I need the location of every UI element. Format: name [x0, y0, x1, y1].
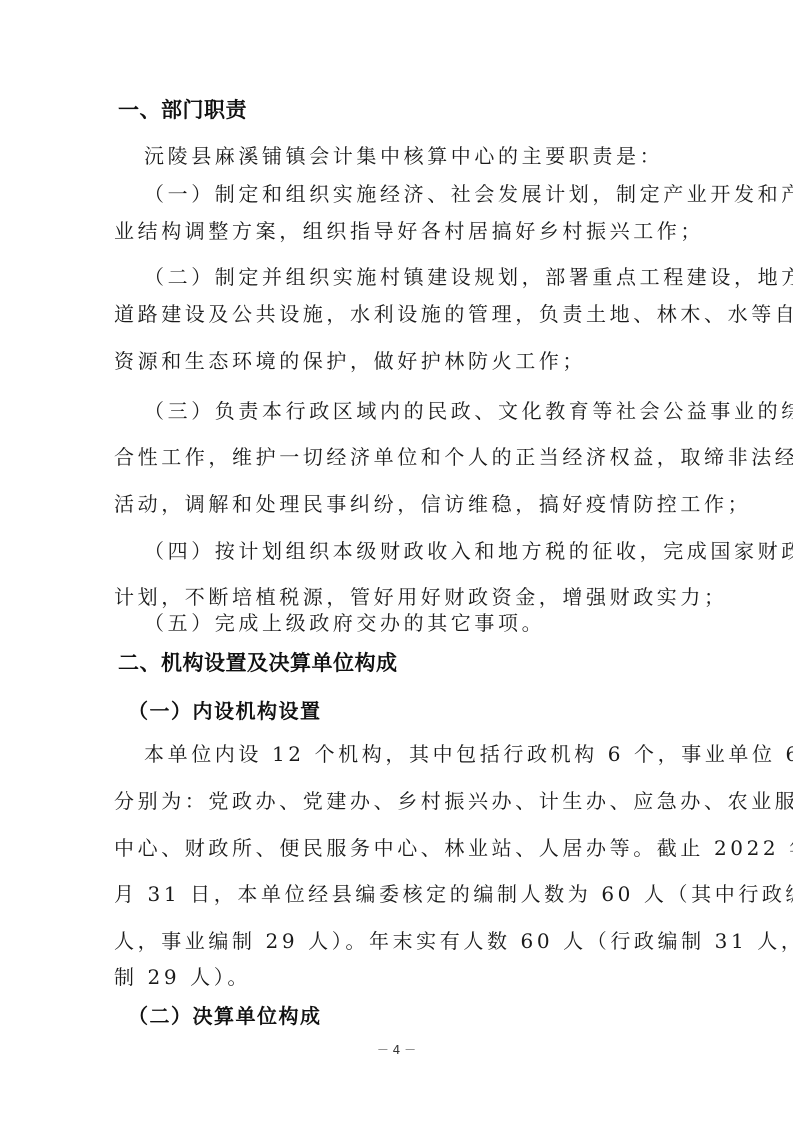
page-number: － 4 －: [0, 1041, 793, 1058]
paragraph-item-1-line-1: （一）制定和组织实施经济、社会发展计划，制定产业开发和产: [144, 182, 720, 206]
section-heading-department-duties: 一、部门职责: [118, 97, 247, 123]
paragraph-org-line-4: 月 31 日，本单位经县编委核定的编制人数为 60 人（其中行政编制 31: [114, 882, 720, 906]
paragraph-item-4-line-1: （四）按计划组织本级财政收入和地方税的征收，完成国家财政: [144, 539, 720, 563]
document-page: 一、部门职责 沅陵县麻溪铺镇会计集中核算中心的主要职责是： （一）制定和组织实施…: [0, 0, 793, 1122]
paragraph-item-1-line-2: 业结构调整方案，组织指导好各村居搞好乡村振兴工作；: [114, 219, 720, 243]
paragraph-item-3-line-1: （三）负责本行政区域内的民政、文化教育等社会公益事业的综: [144, 399, 720, 423]
paragraph-item-4-line-2: 计划，不断培植税源，管好用好财政资金，增强财政实力；: [114, 585, 720, 609]
paragraph-item-3-line-2: 合性工作，维护一切经济单位和个人的正当经济权益，取缔非法经济: [114, 445, 720, 469]
paragraph-org-line-5: 人，事业编制 29 人）。年末实有人数 60 人（行政编制 31 人，事业编: [114, 929, 720, 953]
section-heading-organization: 二、机构设置及决算单位构成: [118, 650, 398, 676]
paragraph-org-line-1: 本单位内设 12 个机构，其中包括行政机构 6 个，事业单位 6 个，: [144, 742, 720, 766]
paragraph-item-3-line-3: 活动，调解和处理民事纠纷，信访维稳，搞好疫情防控工作；: [114, 492, 720, 516]
paragraph-item-2-line-1: （二）制定并组织实施村镇建设规划，部署重点工程建设，地方: [144, 265, 720, 289]
paragraph-org-line-2: 分别为：党政办、党建办、乡村振兴办、计生办、应急办、农业服务: [114, 789, 720, 813]
paragraph-item-5-line-1: （五）完成上级政府交办的其它事项。: [144, 611, 720, 635]
subsection-heading-internal-structure: （一）内设机构设置: [128, 698, 322, 724]
paragraph-intro: 沅陵县麻溪铺镇会计集中核算中心的主要职责是：: [144, 144, 720, 168]
paragraph-item-2-line-2: 道路建设及公共设施，水利设施的管理，负责土地、林木、水等自然: [114, 302, 720, 326]
paragraph-item-2-line-3: 资源和生态环境的保护，做好护林防火工作；: [114, 349, 720, 373]
paragraph-org-line-3: 中心、财政所、便民服务中心、林业站、人居办等。截止 2022 年 12: [114, 836, 720, 860]
subsection-heading-budget-units: （二）决算单位构成: [128, 1003, 322, 1029]
paragraph-org-line-6: 制 29 人）。: [114, 965, 720, 989]
